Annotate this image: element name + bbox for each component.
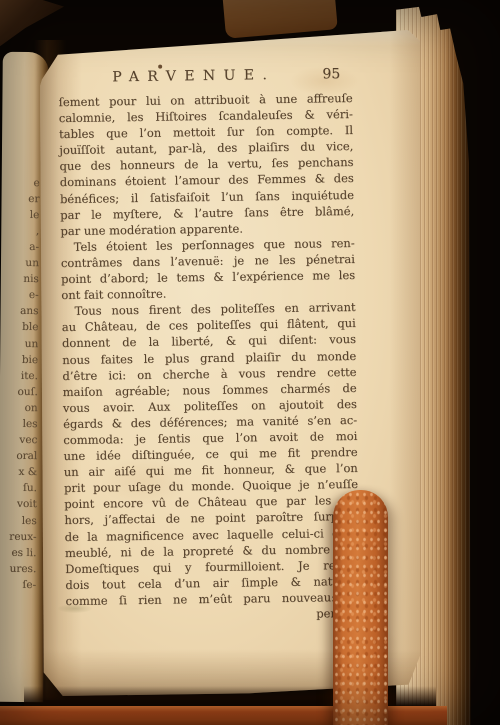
text-line: ouſ.: [2, 384, 38, 400]
photo-of-antique-book: eerle,a-unnise-ansbleunbieite.ouſ.onlesv…: [0, 0, 500, 725]
text-line: x &: [1, 464, 37, 480]
paragraph: Tous nous firent des politeſſes en arriv…: [61, 299, 359, 609]
running-header: PARVENUE. 95: [58, 64, 352, 88]
text-line: reux-: [1, 528, 37, 544]
wooden-prop-top: [222, 0, 338, 39]
text-line: bie: [2, 351, 38, 367]
text-line: les: [2, 416, 38, 432]
text-line: es li.: [0, 545, 36, 561]
text-line: ſe-: [0, 577, 36, 593]
wooden-holding-stick: [333, 490, 388, 725]
ink-spot: [158, 65, 162, 69]
text-line: voit: [1, 496, 37, 512]
text-line: ures.: [0, 561, 36, 577]
text-line: on: [2, 400, 38, 416]
running-header-title: PARVENUE.: [112, 65, 275, 87]
text-line: oral: [1, 448, 37, 464]
text-line: ite.: [2, 368, 38, 384]
page-number: 95: [322, 64, 340, 84]
paragraph: Tels étoient les perſonnages que nous re…: [61, 235, 356, 303]
text-line: les: [1, 512, 37, 528]
text-line: ſu.: [1, 480, 37, 496]
text-line: vec: [1, 432, 37, 448]
page-text-block: PARVENUE. 95 ſement pour lui on attribuo…: [58, 56, 360, 625]
paragraph: ſement pour lui on attribuoit à une affr…: [59, 90, 355, 239]
text-line: un: [2, 335, 38, 351]
